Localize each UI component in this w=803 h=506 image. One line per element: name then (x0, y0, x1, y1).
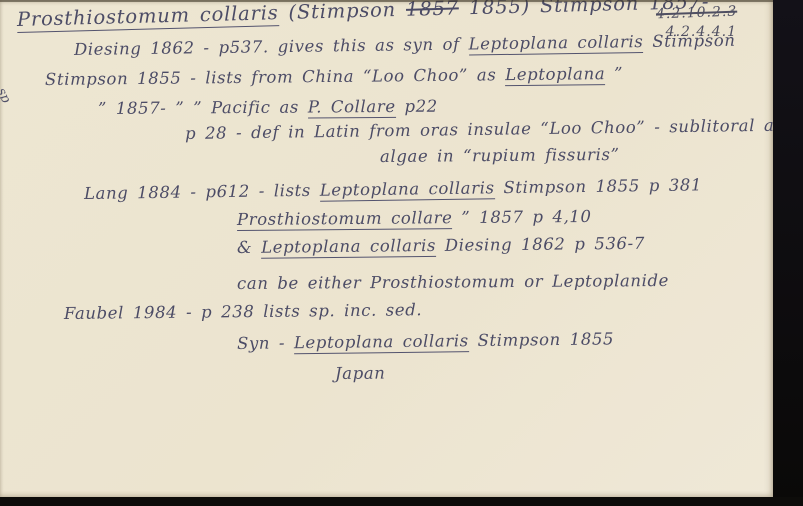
handwritten-line: Prosthiostomum collaris (Stimpson 1857 1… (17, 0, 710, 31)
index-card: 4.2.10.2.3 4.2.4.4.1 sp inq sed. Prosthi… (0, 0, 773, 497)
handwritten-line: Syn - Leptoplana collaris Stimpson 1855 (237, 329, 614, 353)
handwritten-line: Lang 1884 - p612 - lists Leptoplana coll… (84, 175, 702, 203)
handwritten-line: ” 1857- ” ” Pacific as P. Collare p22 (98, 97, 438, 118)
handwritten-text: Stimpson 1855 - lists from China “Loo Ch… (45, 65, 505, 89)
handwritten-text: can be either Prosthiostomum or Leptopla… (237, 271, 669, 293)
handwritten-text: Japan (335, 364, 386, 383)
handwritten-line: Prosthiostomum collare ” 1857 p 4,10 (237, 207, 592, 229)
handwritten-text: Lang 1884 - p612 - lists (84, 181, 320, 203)
underlined-taxon-name: Prosthiostomum collaris (17, 1, 279, 33)
handwritten-text: Diesing 1862 - p537. gives this as syn o… (74, 34, 469, 59)
struck-text: 1857 (406, 0, 459, 21)
underlined-taxon-name: Leptoplana (505, 64, 605, 86)
handwritten-line: Japan (335, 364, 386, 383)
handwritten-text: p22 (396, 97, 438, 116)
handwritten-text: ” 1857 p 4,10 (452, 207, 591, 227)
handwritten-text: Diesing 1862 p 536-7 (436, 234, 645, 255)
handwritten-text: Stimpson 1855 (469, 329, 615, 350)
handwritten-line: algae in “rupium fissuris” (380, 145, 620, 166)
handwritten-line: can be either Prosthiostomum or Leptopla… (237, 271, 669, 293)
handwritten-text: & (237, 238, 261, 257)
scan-background-bottom (0, 497, 803, 506)
handwritten-text: p 28 - def in Latin from oras insulae “L… (185, 115, 803, 143)
handwritten-text: Faubel 1984 - p 238 lists sp. inc. sed. (64, 300, 422, 323)
underlined-taxon-name: Prosthiostomum collare (237, 208, 453, 231)
handwritten-text: (Stimpson (278, 0, 406, 24)
scan-edge-top (0, 0, 773, 2)
handwritten-text: Stimpson (643, 31, 735, 51)
underlined-taxon-name: Leptoplana collaris (294, 331, 469, 354)
handwritten-line: Faubel 1984 - p 238 lists sp. inc. sed. (64, 300, 422, 323)
handwritten-line: Stimpson 1855 - lists from China “Loo Ch… (45, 64, 623, 89)
handwritten-line: p 28 - def in Latin from oras insulae “L… (185, 115, 803, 143)
underlined-taxon-name: Leptoplana collaris (320, 178, 495, 201)
margin-note: sp inq sed. (0, 86, 18, 129)
handwritten-text: Stimpson 1855 p 381 (494, 175, 702, 197)
handwritten-line: Diesing 1862 - p537. gives this as syn o… (74, 31, 736, 59)
handwritten-text: algae in “rupium fissuris” (380, 145, 620, 166)
underlined-taxon-name: P. Collare (308, 97, 396, 119)
underlined-taxon-name: Leptoplana collaris (468, 32, 643, 55)
scan-background-right (773, 0, 803, 506)
handwritten-text: ” (605, 64, 623, 83)
underlined-taxon-name: Leptoplana collaris (261, 236, 436, 259)
handwritten-text: Syn - (237, 333, 294, 353)
handwritten-text: ” 1857- ” ” Pacific as (98, 98, 308, 118)
handwritten-line: & Leptoplana collaris Diesing 1862 p 536… (237, 234, 645, 257)
